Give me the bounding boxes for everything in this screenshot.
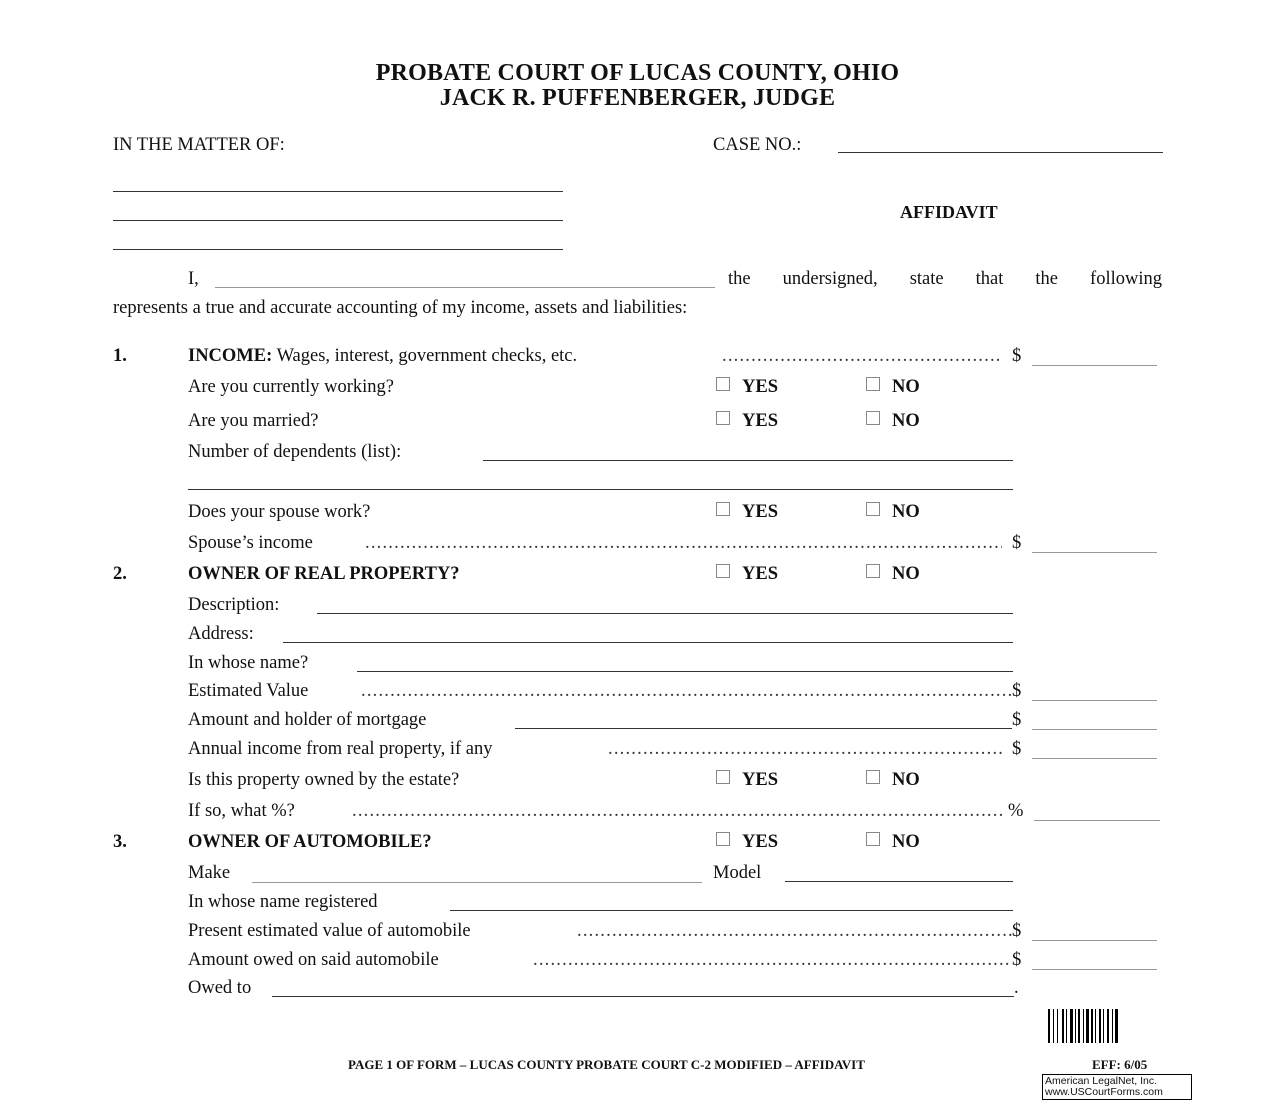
- mortgage-currency: $: [1012, 710, 1021, 731]
- amount-owed-dots: ........................................…: [533, 950, 1012, 971]
- checkbox-icon: [866, 377, 880, 391]
- owed-to-field[interactable]: [272, 996, 1014, 997]
- matter-line-1[interactable]: [113, 191, 563, 192]
- intro-line2: represents a true and accurate accountin…: [113, 298, 687, 319]
- married-question: Are you married?: [188, 411, 318, 432]
- spouse-work-question: Does your spouse work?: [188, 502, 370, 523]
- checkbox-icon: [866, 564, 880, 578]
- model-label: Model: [713, 863, 761, 884]
- footer-effective-date: EFF: 6/05: [1092, 1057, 1147, 1073]
- income-heading-rest: Wages, interest, government checks, etc.: [277, 346, 578, 366]
- intro-prefix: I,: [188, 269, 199, 290]
- real-property-heading: OWNER OF REAL PROPERTY?: [188, 564, 460, 585]
- barcode-icon: [1048, 1009, 1164, 1043]
- spouse-work-yes-checkbox[interactable]: YES: [716, 502, 778, 523]
- estate-owned-no-checkbox[interactable]: NO: [866, 770, 920, 791]
- income-amount-field[interactable]: [1032, 365, 1157, 366]
- present-value-field[interactable]: [1032, 940, 1157, 941]
- checkbox-icon: [716, 770, 730, 784]
- checkbox-icon: [866, 832, 880, 846]
- spouse-income-dots: ........................................…: [365, 533, 1002, 554]
- registered-field[interactable]: [450, 910, 1013, 911]
- dependents-label: Number of dependents (list):: [188, 442, 401, 463]
- mortgage-label: Amount and holder of mortgage: [188, 710, 426, 731]
- checkbox-icon: [866, 770, 880, 784]
- working-yes-checkbox[interactable]: YES: [716, 377, 778, 398]
- married-yes-checkbox[interactable]: YES: [716, 411, 778, 432]
- intro-line1-suffix: the undersigned, state that the followin…: [728, 269, 1162, 290]
- spouse-income-currency: $: [1012, 533, 1021, 554]
- checkbox-icon: [866, 502, 880, 516]
- annual-income-field[interactable]: [1032, 758, 1157, 759]
- married-no-checkbox[interactable]: NO: [866, 411, 920, 432]
- estimated-value-currency: $: [1012, 681, 1021, 702]
- working-question: Are you currently working?: [188, 377, 394, 398]
- description-label: Description:: [188, 595, 279, 616]
- affiant-name-field[interactable]: [215, 287, 715, 288]
- model-field[interactable]: [785, 881, 1013, 882]
- section-1-number: 1.: [113, 346, 127, 367]
- income-heading-label: INCOME:: [188, 346, 272, 366]
- case-no-field[interactable]: [838, 152, 1163, 153]
- mortgage-holder-field[interactable]: [515, 728, 1012, 729]
- estate-owned-yes-checkbox[interactable]: YES: [716, 770, 778, 791]
- make-label: Make: [188, 863, 230, 884]
- publisher-stamp: American LegalNet, Inc. www.USCourtForms…: [1042, 1074, 1192, 1100]
- real-property-no-checkbox[interactable]: NO: [866, 564, 920, 585]
- percent-field[interactable]: [1034, 820, 1160, 821]
- document-title: AFFIDAVIT: [900, 202, 998, 223]
- checkbox-icon: [866, 411, 880, 425]
- make-field[interactable]: [252, 882, 702, 883]
- matter-line-3[interactable]: [113, 249, 563, 250]
- matter-line-2[interactable]: [113, 220, 563, 221]
- automobile-yes-checkbox[interactable]: YES: [716, 832, 778, 853]
- present-value-label: Present estimated value of automobile: [188, 921, 471, 942]
- real-property-yes-checkbox[interactable]: YES: [716, 564, 778, 585]
- estate-owned-question: Is this property owned by the estate?: [188, 770, 459, 791]
- whose-name-field[interactable]: [357, 671, 1013, 672]
- checkbox-icon: [716, 564, 730, 578]
- dependents-field[interactable]: [483, 460, 1013, 461]
- present-value-dots: ........................................…: [577, 921, 1012, 942]
- case-no-label: CASE NO.:: [713, 135, 801, 156]
- annual-income-currency: $: [1012, 739, 1021, 760]
- checkbox-icon: [716, 502, 730, 516]
- working-no-checkbox[interactable]: NO: [866, 377, 920, 398]
- amount-owed-currency: $: [1012, 950, 1021, 971]
- section-2-number: 2.: [113, 564, 127, 585]
- whose-name-label: In whose name?: [188, 653, 308, 674]
- income-dots: ........................................…: [722, 346, 1002, 367]
- owed-to-suffix: .: [1014, 978, 1019, 999]
- estimated-value-label: Estimated Value: [188, 681, 308, 702]
- spouse-work-no-checkbox[interactable]: NO: [866, 502, 920, 523]
- amount-owed-field[interactable]: [1032, 969, 1157, 970]
- annual-income-label: Annual income from real property, if any: [188, 739, 492, 760]
- address-label: Address:: [188, 624, 254, 645]
- automobile-heading: OWNER OF AUTOMOBILE?: [188, 832, 432, 853]
- address-field[interactable]: [283, 642, 1013, 643]
- description-field[interactable]: [317, 613, 1013, 614]
- percent-sign: %: [1008, 801, 1023, 822]
- automobile-no-checkbox[interactable]: NO: [866, 832, 920, 853]
- registered-label: In whose name registered: [188, 892, 378, 913]
- checkbox-icon: [716, 411, 730, 425]
- annual-income-dots: ........................................…: [608, 739, 1003, 760]
- footer-page-text: PAGE 1 OF FORM – LUCAS COUNTY PROBATE CO…: [348, 1057, 865, 1073]
- owed-to-label: Owed to: [188, 978, 251, 999]
- section-3-number: 3.: [113, 832, 127, 853]
- amount-owed-label: Amount owed on said automobile: [188, 950, 439, 971]
- estimated-value-dots: ........................................…: [361, 681, 1011, 702]
- checkbox-icon: [716, 832, 730, 846]
- judge-title: JACK R. PUFFENBERGER, JUDGE: [0, 85, 1275, 112]
- present-value-currency: $: [1012, 921, 1021, 942]
- dependents-field-line2[interactable]: [188, 489, 1013, 490]
- percent-label: If so, what %?: [188, 801, 295, 822]
- income-heading: INCOME: Wages, interest, government chec…: [188, 346, 577, 367]
- checkbox-icon: [716, 377, 730, 391]
- spouse-income-label: Spouse’s income: [188, 533, 313, 554]
- stamp-line-2: www.USCourtForms.com: [1045, 1087, 1189, 1098]
- mortgage-amount-field[interactable]: [1032, 729, 1157, 730]
- court-title: PROBATE COURT OF LUCAS COUNTY, OHIO: [0, 60, 1275, 87]
- matter-label: IN THE MATTER OF:: [113, 135, 285, 156]
- spouse-income-field[interactable]: [1032, 552, 1157, 553]
- estimated-value-field[interactable]: [1032, 700, 1157, 701]
- percent-dots: ........................................…: [352, 801, 1002, 822]
- income-currency: $: [1012, 346, 1021, 367]
